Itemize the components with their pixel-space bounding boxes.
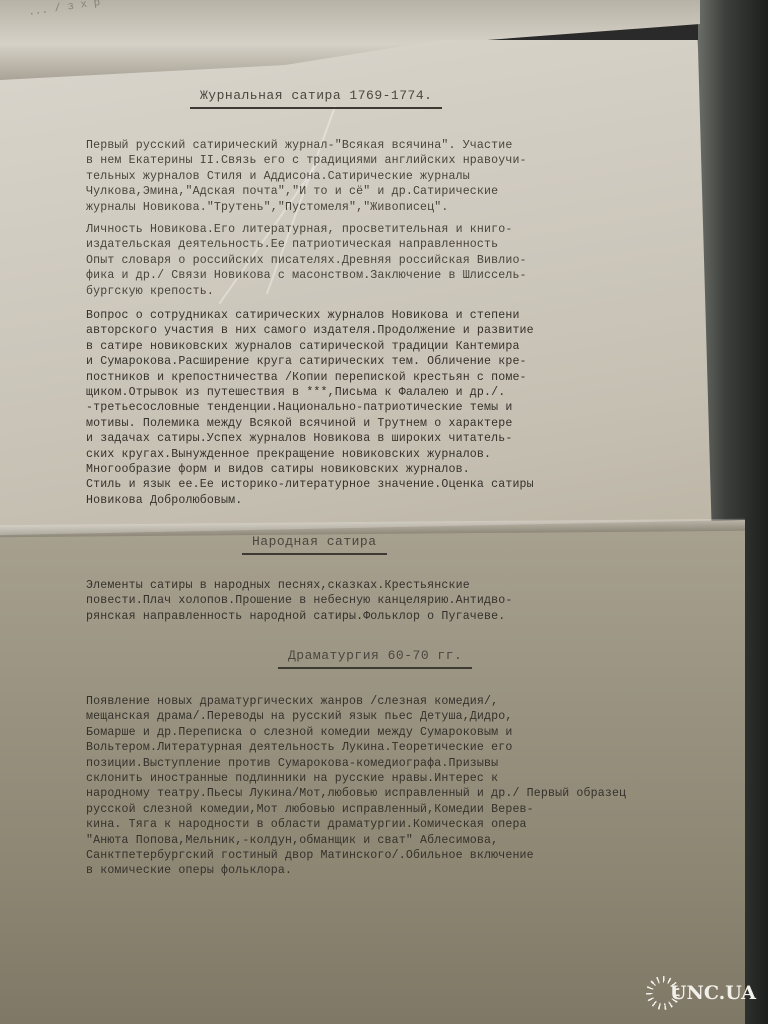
paragraph: Многообразие форм и видов сатиры новиков… xyxy=(86,462,534,508)
watermark-text: UNC.UA xyxy=(670,982,756,1004)
paragraph: Первый русский сатирический журнал-"Всяк… xyxy=(86,138,527,215)
flap-handwriting: ... / з х р xyxy=(28,0,102,19)
paragraph: Элементы сатиры в народных песнях,сказка… xyxy=(86,578,512,624)
section-heading-journal-satire: Журнальная сатира 1769-1774. xyxy=(190,88,442,109)
section-heading-drama: Драматургия 60-70 гг. xyxy=(278,648,472,669)
paragraph: Вопрос о сотрудниках сатирических журнал… xyxy=(86,308,534,462)
paragraph: Появление новых драматургических жанров … xyxy=(86,694,626,879)
paragraph: Личность Новикова.Его литературная, прос… xyxy=(86,222,527,299)
section-heading-folk-satire: Народная сатира xyxy=(242,534,387,555)
watermark: UNC.UA xyxy=(646,976,756,1010)
sunburst-icon xyxy=(646,976,680,1010)
